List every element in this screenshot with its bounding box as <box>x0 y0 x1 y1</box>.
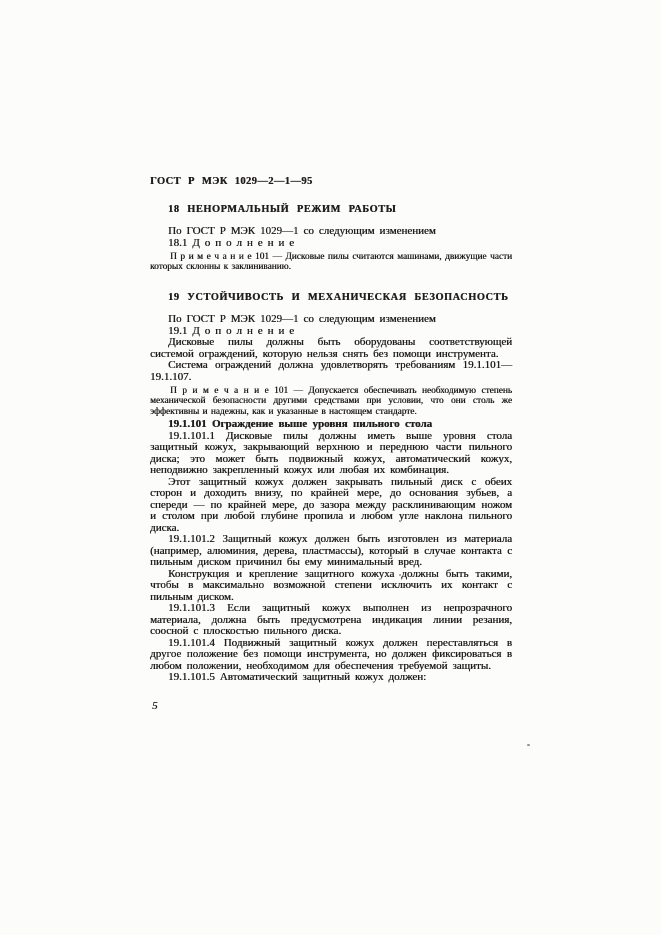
note-101-section-19: П р и м е ч а н и е 101 — Допускается об… <box>150 386 512 417</box>
page-number: 5 <box>152 700 158 712</box>
clause-19-1-101-2-paragraph: 19.1.101.2 Защитный кожух должен быть из… <box>150 534 512 569</box>
clause-19-1-101-4-paragraph: 19.1.101.4 Подвижный защитный кожух долж… <box>150 638 512 673</box>
paragraph-guard-system: Дисковые пилы должны быть оборудованы со… <box>150 337 512 360</box>
note-101-section-18: П р и м е ч а н и е 101 — Дисковые пилы … <box>150 252 512 273</box>
section-18-heading: 18 НЕНОРМАЛЬНЫЙ РЕЖИМ РАБОТЫ <box>150 204 512 216</box>
scan-artifact-dot <box>399 574 401 576</box>
paragraph-guard-requirements: Система ограждений должна удовлетворять … <box>150 360 512 383</box>
document-page: ГОСТ Р МЭК 1029—2—1—95 18 НЕНОРМАЛЬНЫЙ Р… <box>0 0 661 935</box>
scan-artifact-dot <box>527 744 530 746</box>
paragraph-guard-coverage: Этот защитный кожух должен закрывать пил… <box>150 477 512 535</box>
clause-19-1-101-subheading: 19.1.101 Ограждение выше уровня пильного… <box>150 419 512 431</box>
paragraph-guard-construction: Конструкция и крепление защитного кожуха… <box>150 569 512 604</box>
clause-19-1-101-5-paragraph: 19.1.101.5 Автоматический защитный кожух… <box>150 672 512 684</box>
clause-19-1-101-1-paragraph: 19.1.101.1 Дисковые пилы должны иметь вы… <box>150 431 512 477</box>
section-18-reference-paragraph: По ГОСТ Р МЭК 1029—1 со следующим измене… <box>150 226 512 238</box>
clause-19-1-101-3-paragraph: 19.1.101.3 Если защитный кожух выполнен … <box>150 603 512 638</box>
running-header: ГОСТ Р МЭК 1029—2—1—95 <box>150 176 313 187</box>
document-content: 18 НЕНОРМАЛЬНЫЙ РЕЖИМ РАБОТЫ По ГОСТ Р М… <box>150 204 512 684</box>
clause-18-1-addition: 18.1 Д о п о л н е н и е <box>150 238 512 250</box>
section-19-heading: 19 УСТОЙЧИВОСТЬ И МЕХАНИЧЕСКАЯ БЕЗОПАСНО… <box>150 292 512 304</box>
